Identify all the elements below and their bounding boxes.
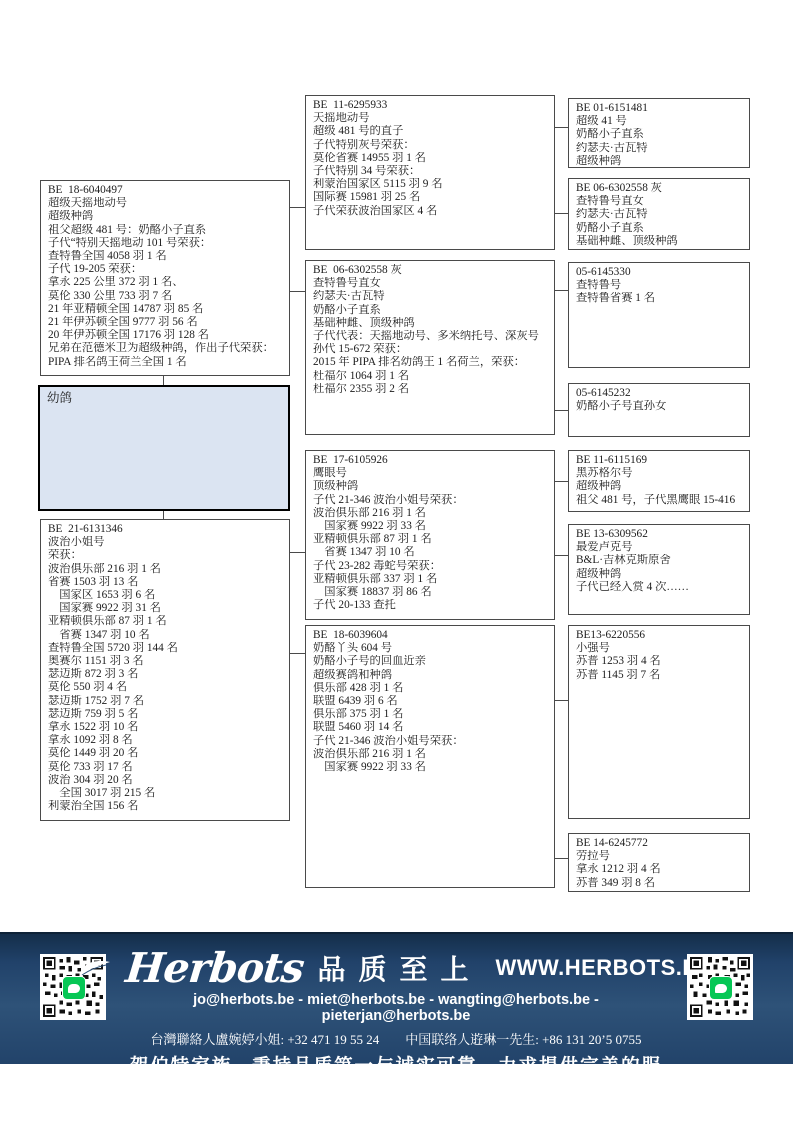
pedigree-box-be11-6115169: BE 11-6115169黑苏格尔号超级种鸽祖父 481 号，子代黑鹰眼 15-… [568, 450, 750, 512]
text-line: 查特鲁号直女 [576, 195, 742, 208]
text-line: 亚精顿俱乐部 87 羽 1 名 [313, 533, 547, 546]
pedigree-box-granddam-be06-6302558: BE 06-6302558 灰查特鲁号直女约瑟夫·古瓦特奶酪小子直系基础种雌、顶… [305, 260, 555, 435]
text-line: BE 11-6115169 [576, 454, 742, 467]
text-line: 查特鲁省赛 1 名 [576, 292, 742, 305]
text-line: 鹰眼号 [313, 467, 547, 480]
text-line: 亚精顿俱乐部 87 羽 1 名 [48, 615, 282, 628]
text-line: 奶酪小子直系 [576, 128, 742, 141]
text-line: BE 13-6309562 [576, 528, 742, 541]
pedigree-box-dam-be21-6131346: BE 21-6131346波治小姐号荣获：波治俱乐部 216 羽 1 名省赛 1… [40, 519, 290, 821]
text-line: 05-6145330 [576, 266, 742, 279]
text-line: 祖父超级 481 号：奶酪小子直系 [48, 224, 282, 237]
feather-icon [78, 957, 112, 979]
pedigree-box-be01-6151481: BE 01-6151481超级 41 号奶酪小子直系约瑟夫·古瓦特超级种鸽 [568, 98, 750, 168]
text-line: 子代特别 34 号荣获： [313, 165, 547, 178]
text-line: 省赛 1503 羽 13 名 [48, 576, 282, 589]
connector-line [555, 481, 568, 482]
text-line: 奶酪小子直系 [313, 304, 547, 317]
text-line: 奶酪丫头 604 号 [313, 642, 547, 655]
text-line: BE 18-6040497 [48, 184, 282, 197]
text-line: 查特鲁号 [576, 279, 742, 292]
text-line: 国家赛 18837 羽 86 名 [313, 586, 547, 599]
text-line: 苏普 1145 羽 7 名 [576, 669, 742, 682]
pedigree-box-sire-be18-6040497: BE 18-6040497超级天摇地动号超级种鸽祖父超级 481 号：奶酪小子直… [40, 180, 290, 376]
connector-line [555, 555, 568, 556]
text-line: BE 06-6302558 灰 [576, 182, 742, 195]
text-line: 国家赛 9922 羽 33 名 [313, 520, 547, 533]
pedigree-box-05-6145330: 05-6145330查特鲁号查特鲁省赛 1 名 [568, 262, 750, 368]
text-line: PIPA 排名鸽王荷兰全国 1 名 [48, 356, 282, 369]
text-line: 省赛 1347 羽 10 名 [48, 629, 282, 642]
connector-line [290, 552, 305, 553]
text-line: BE 01-6151481 [576, 102, 742, 115]
text-line: 波治 304 羽 20 名 [48, 774, 282, 787]
text-line: 超级天摇地动号 [48, 197, 282, 210]
text-line: BE 18-6039604 [313, 629, 547, 642]
text-line: 超级 41 号 [576, 115, 742, 128]
connector-line [555, 213, 568, 214]
text-line: 子代 20-133 查托 [313, 599, 547, 612]
text-line: 20 年伊苏顿全国 17176 羽 128 名 [48, 329, 282, 342]
text-line: 子代已经入赏 4 次…… [576, 581, 742, 594]
connector-line [555, 858, 568, 859]
text-line: BE 14-6245772 [576, 837, 742, 850]
pedigree-box-subject-young-bird: 幼鸽 [38, 385, 290, 511]
email-addresses: jo@herbots.be - miet@herbots.be - wangti… [118, 992, 674, 1024]
text-line: 奥赛尔 1151 羽 3 名 [48, 655, 282, 668]
line-app-icon [62, 976, 86, 1000]
text-line: 俱乐部 428 羽 1 名 [313, 682, 547, 695]
brand-slogan-cjk: 品质至上 [318, 948, 482, 988]
text-line: 最爱卢克号 [576, 541, 742, 554]
chat-bubble-glyph [715, 984, 727, 993]
text-line: 超级种鸽 [576, 155, 742, 168]
connector-line [290, 291, 305, 292]
text-line: 国家区 1653 羽 6 名 [48, 589, 282, 602]
text-line: 全国 3017 羽 215 名 [48, 787, 282, 800]
connector-line [163, 376, 164, 385]
text-line: BE 06-6302558 灰 [313, 264, 547, 277]
connector-line [290, 653, 305, 654]
text-line: 拿永 1522 羽 10 名 [48, 721, 282, 734]
text-line: 子代 23-282 毒蛇号荣获： [313, 560, 547, 573]
text-line: 波治小姐号 [48, 536, 282, 549]
text-line: 子代 21-346 波治小姐号荣获： [313, 735, 547, 748]
text-line: 荣获： [48, 549, 282, 562]
text-line: 利蒙治全国 156 名 [48, 800, 282, 813]
text-line: 超级赛鸽和种鸽 [313, 669, 547, 682]
text-line: 亚精顿俱乐部 337 羽 1 名 [313, 573, 547, 586]
text-line: 孙代 15-672 荣获： [313, 343, 547, 356]
text-line: 超级种鸽 [48, 210, 282, 223]
text-line: 苏普 349 羽 8 名 [576, 877, 742, 890]
connector-line [290, 207, 305, 208]
footer-tagline: 贺伯特家族...秉持品质第一与诚实可靠，力求提供完美的服务！ [118, 1052, 674, 1104]
brand-logo-text: Herbots [124, 946, 306, 990]
text-line: 超级种鸽 [576, 568, 742, 581]
text-line: 约瑟夫·古瓦特 [576, 142, 742, 155]
text-line: 国家赛 9922 羽 33 名 [313, 761, 547, 774]
pedigree-box-be14-6245772: BE 14-6245772劳拉号拿永 1212 羽 4 名苏普 349 羽 8 … [568, 833, 750, 892]
text-line: 奶酪小子直系 [576, 222, 742, 235]
text-line: 黑苏格尔号 [576, 467, 742, 480]
connector-line [555, 290, 568, 291]
text-line: 联盟 5460 羽 14 名 [313, 721, 547, 734]
connector-line [163, 511, 164, 519]
text-line: 俱乐部 375 羽 1 名 [313, 708, 547, 721]
text-line: 子代 21-346 波治小姐号荣获： [313, 494, 547, 507]
text-line: 波治俱乐部 216 羽 1 名 [48, 563, 282, 576]
website-url: WWW.HERBOTS.BE [496, 955, 714, 981]
text-line: 查特鲁全国 4058 羽 1 名 [48, 250, 282, 263]
text-line: 子代代表：天摇地动号、多米纳托号、深灰号 [313, 330, 547, 343]
text-line: 奶酪小子号的回血近亲 [313, 655, 547, 668]
text-line: 子代荣获波治国家区 4 名 [313, 205, 547, 218]
text-line: B&L·吉林克斯原舍 [576, 554, 742, 567]
text-line: 约瑟夫·古瓦特 [576, 208, 742, 221]
pedigree-box-be06-6302558: BE 06-6302558 灰查特鲁号直女约瑟夫·古瓦特奶酪小子直系基础种雌、顶… [568, 178, 750, 250]
text-line: 超级种鸽 [576, 480, 742, 493]
text-line: 21 年伊苏顿全国 9777 羽 56 名 [48, 316, 282, 329]
wechat-app-icon [709, 976, 733, 1000]
text-line: 天摇地动号 [313, 112, 547, 125]
text-line: 杜福尔 1064 羽 1 名 [313, 370, 547, 383]
contact-phone-line: 台灣聯絡人盧婉婷小姐: +32 471 19 55 24 中国联络人逰琳一先生:… [118, 1029, 674, 1048]
pedigree-box-be13-6220556: BE13-6220556小强号苏普 1253 羽 4 名苏普 1145 羽 7 … [568, 625, 750, 819]
text-line: 利蒙治国家区 5115 羽 9 名 [313, 178, 547, 191]
text-line: 联盟 6439 羽 6 名 [313, 695, 547, 708]
text-line: 莫伦 330 公里 733 羽 7 名 [48, 290, 282, 303]
text-line: 瑟迈斯 872 羽 3 名 [48, 668, 282, 681]
text-line: BE13-6220556 [576, 629, 742, 642]
text-line: 超级 481 号的直子 [313, 125, 547, 138]
text-line: BE 17-6105926 [313, 454, 547, 467]
text-line: 瑟迈斯 1752 羽 7 名 [48, 695, 282, 708]
pedigree-document-page: BE 18-6040497超级天摇地动号超级种鸽祖父超级 481 号：奶酪小子直… [0, 0, 793, 1122]
text-line: 杜福尔 2355 羽 2 名 [313, 383, 547, 396]
text-line: 约瑟夫·古瓦特 [313, 290, 547, 303]
connector-line [555, 700, 568, 701]
connector-line [555, 127, 568, 128]
text-line: 2015 年 PIPA 排名幼鸽王 1 名荷兰，荣获： [313, 356, 547, 369]
qr-code-wechat [687, 954, 753, 1020]
footer-center: Herbots 品质至上 WWW.HERBOTS.BE jo@herbots.b… [118, 934, 674, 1104]
text-line: 瑟迈斯 759 羽 5 名 [48, 708, 282, 721]
text-line: 波治俱乐部 216 羽 1 名 [313, 748, 547, 761]
text-line: 国际赛 15981 羽 25 名 [313, 191, 547, 204]
text-line: 小强号 [576, 642, 742, 655]
pedigree-box-grandsire-be17-6105926: BE 17-6105926鹰眼号顶级种鸽子代 21-346 波治小姐号荣获：波治… [305, 450, 555, 620]
pedigree-box-granddam-be18-6039604: BE 18-6039604奶酪丫头 604 号奶酪小子号的回血近亲超级赛鸽和种鸽… [305, 625, 555, 888]
brand-row: Herbots 品质至上 WWW.HERBOTS.BE [118, 946, 674, 990]
text-line: 21 年亚精顿全国 14787 羽 85 名 [48, 303, 282, 316]
text-line: 兄弟在范德米卫为超级种鸽，作出子代荣获： [48, 342, 282, 355]
text-line: 子代“特别天摇地动 101 号荣获： [48, 237, 282, 250]
text-line: 苏普 1253 羽 4 名 [576, 655, 742, 668]
pedigree-box-be13-6309562: BE 13-6309562最爱卢克号B&L·吉林克斯原舍超级种鸽子代已经入赏 4… [568, 524, 750, 615]
text-line: 莫伦 550 羽 4 名 [48, 681, 282, 694]
text-line: 莫伦省赛 14955 羽 1 名 [313, 152, 547, 165]
text-line: 拿永 1212 羽 4 名 [576, 863, 742, 876]
text-line: 奶酪小子号直孙女 [576, 400, 742, 413]
text-line: BE 11-6295933 [313, 99, 547, 112]
text-line: 查特鲁号直女 [313, 277, 547, 290]
footer-banner: Herbots 品质至上 WWW.HERBOTS.BE jo@herbots.b… [0, 932, 793, 1064]
text-line: 子代 19-205 荣获： [48, 263, 282, 276]
text-line: BE 21-6131346 [48, 523, 282, 536]
connector-line [555, 410, 568, 411]
text-line: 05-6145232 [576, 387, 742, 400]
text-line: 查特鲁全国 5720 羽 144 名 [48, 642, 282, 655]
text-line: 子代特别灰号荣获： [313, 139, 547, 152]
text-line: 拿永 1092 羽 8 名 [48, 734, 282, 747]
text-line: 省赛 1347 羽 10 名 [313, 546, 547, 559]
text-line: 拿永 225 公里 372 羽 1 名、 [48, 276, 282, 289]
text-line: 莫伦 1449 羽 20 名 [48, 747, 282, 760]
text-line: 祖父 481 号，子代黑鹰眼 15-416 [576, 494, 742, 507]
text-line: 基础种雌、顶级种鸽 [313, 317, 547, 330]
chat-bubble-glyph [68, 984, 80, 993]
text-line: 莫伦 733 羽 17 名 [48, 761, 282, 774]
text-line: 劳拉号 [576, 850, 742, 863]
pedigree-box-05-6145232: 05-6145232奶酪小子号直孙女 [568, 383, 750, 437]
text-line: 波治俱乐部 216 羽 1 名 [313, 507, 547, 520]
pedigree-box-grandsire-be11-6295933: BE 11-6295933天摇地动号超级 481 号的直子子代特别灰号荣获：莫伦… [305, 95, 555, 250]
subject-label: 幼鸽 [47, 391, 72, 405]
text-line: 顶级种鸽 [313, 480, 547, 493]
text-line: 基础种雌、顶级种鸽 [576, 235, 742, 248]
text-line: 国家赛 9922 羽 31 名 [48, 602, 282, 615]
